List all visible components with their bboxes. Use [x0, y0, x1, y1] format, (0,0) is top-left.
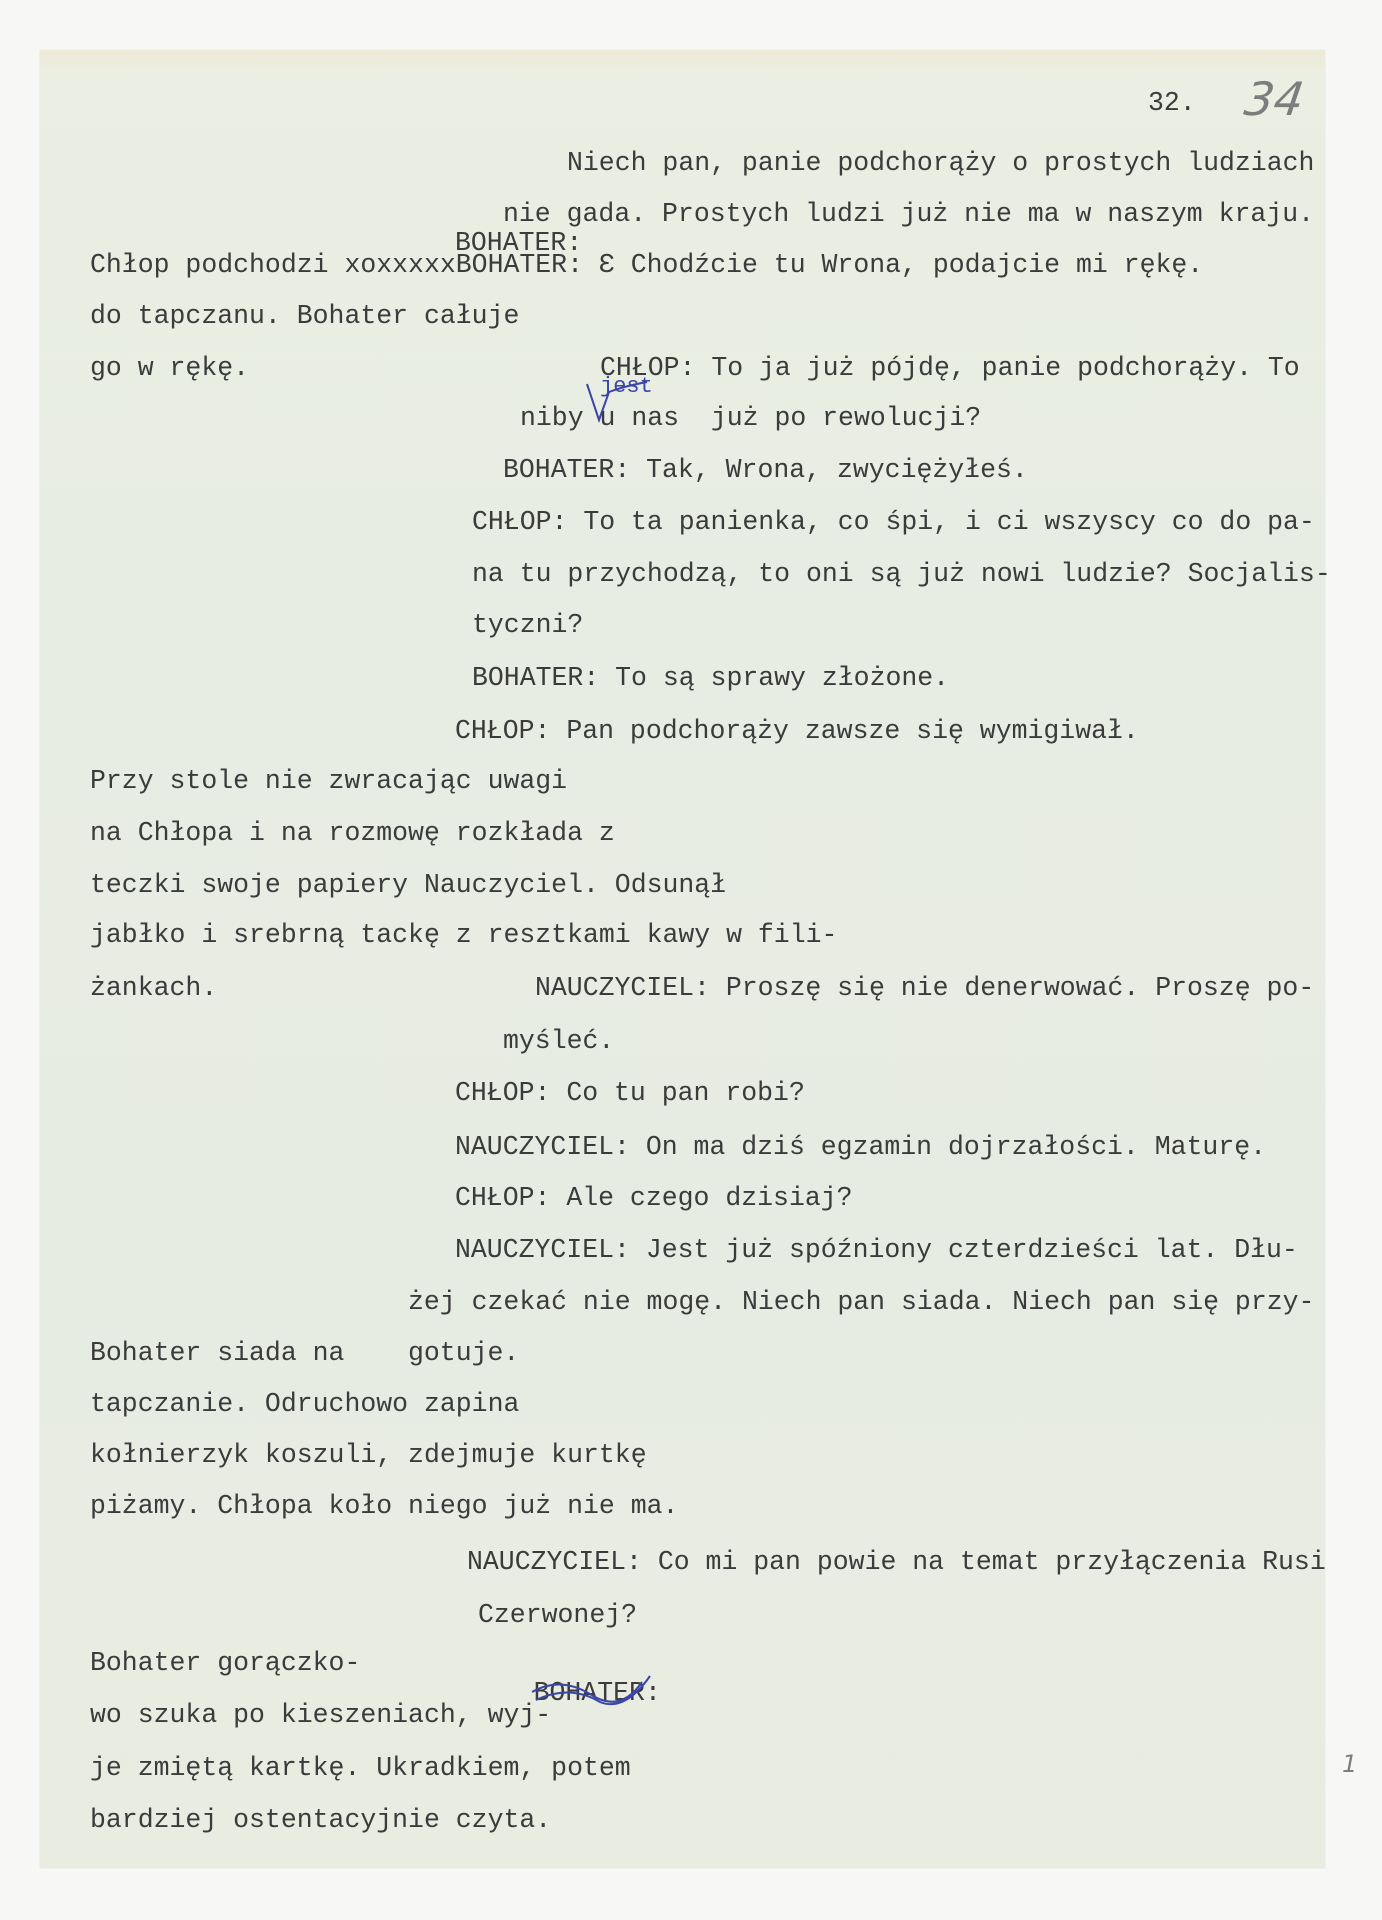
dialogue-line: na tu przychodzą, to oni są już nowi lud…: [472, 559, 1331, 589]
dialogue-line: Niech pan, panie podchorąży o prostych l…: [567, 148, 1314, 178]
dialogue-line: BOHATER: To są sprawy złożone.: [472, 663, 949, 693]
archive-page-number: 34: [1241, 72, 1307, 126]
stage-direction: tapczanie. Odruchowo zapina: [90, 1389, 519, 1419]
stage-direction: wo szuka po kieszeniach, wyj-: [90, 1700, 551, 1730]
stage-direction: do tapczanu. Bohater całuje: [90, 301, 519, 331]
dialogue-line: CHŁOP: Co tu pan robi?: [455, 1078, 805, 1108]
dialogue-line: tyczni?: [472, 610, 583, 640]
stage-direction: piżamy. Chłopa koło niego już nie ma.: [90, 1491, 678, 1521]
dialogue-line: żej czekać nie mogę. Niech pan siada. Ni…: [408, 1287, 1314, 1317]
margin-pencil-mark: 1: [1342, 1750, 1357, 1778]
dialogue-line: NAUCZYCIEL: Co mi pan powie na temat prz…: [467, 1547, 1326, 1577]
dialogue-line: NAUCZYCIEL: Jest już spóźniony czterdzie…: [455, 1235, 1298, 1265]
stage-direction: go w rękę.: [90, 353, 249, 383]
stage-direction: jabłko i srebrną tackę z resztkami kawy …: [90, 920, 837, 950]
dialogue-line: NAUCZYCIEL: On ma dziś egzamin dojrzałoś…: [455, 1132, 1266, 1162]
stage-direction: bardziej ostentacyjnie czyta.: [90, 1805, 551, 1835]
stage-direction: je zmiętą kartkę. Ukradkiem, potem: [90, 1753, 631, 1783]
stage-direction: żankach.: [90, 973, 217, 1003]
dialogue-line: myśleć.: [503, 1026, 614, 1056]
dialogue-line: niby u nas już po rewolucji?: [520, 403, 981, 433]
stage-direction: na Chłopa i na rozmowę rozkłada z: [90, 818, 615, 848]
stage-direction: teczki swoje papiery Nauczyciel. Odsunął: [90, 870, 726, 900]
stage-direction-and-dialogue: Chłop podchodzi xoxxxxxBOHATER: Ɛ Chodźc…: [90, 250, 1203, 280]
typescript-page: 32. 34 Niech pan, panie podchorąży o pro…: [40, 50, 1325, 1868]
dialogue-line: CHŁOP: To ta panienka, co śpi, i ci wszy…: [472, 507, 1315, 537]
dialogue-line: BOHATER: Tak, Wrona, zwyciężyłeś.: [503, 455, 1028, 485]
stage-direction: Bohater siada na: [90, 1338, 344, 1368]
dialogue-line: Czerwonej?: [478, 1600, 637, 1630]
stage-direction: Przy stole nie zwracając uwagi: [90, 766, 567, 796]
dialogue-line: nie gada. Prostych ludzi już nie ma w na…: [503, 199, 1314, 229]
dialogue-line: gotuje.: [408, 1338, 519, 1368]
dialogue-line: CHŁOP: Pan podchorąży zawsze się wymigiw…: [455, 716, 1139, 746]
stage-direction: Bohater gorączko-: [90, 1648, 360, 1678]
dialogue-line: NAUCZYCIEL: Proszę się nie denerwować. P…: [535, 973, 1314, 1003]
stage-direction: kołnierzyk koszuli, zdejmuje kurtkę: [90, 1440, 647, 1470]
dialogue-line: CHŁOP: To ja już pójdę, panie podchorąży…: [600, 353, 1300, 383]
dialogue-line: CHŁOP: Ale czego dzisiaj?: [455, 1183, 853, 1213]
typed-page-number: 32.: [1148, 88, 1196, 118]
